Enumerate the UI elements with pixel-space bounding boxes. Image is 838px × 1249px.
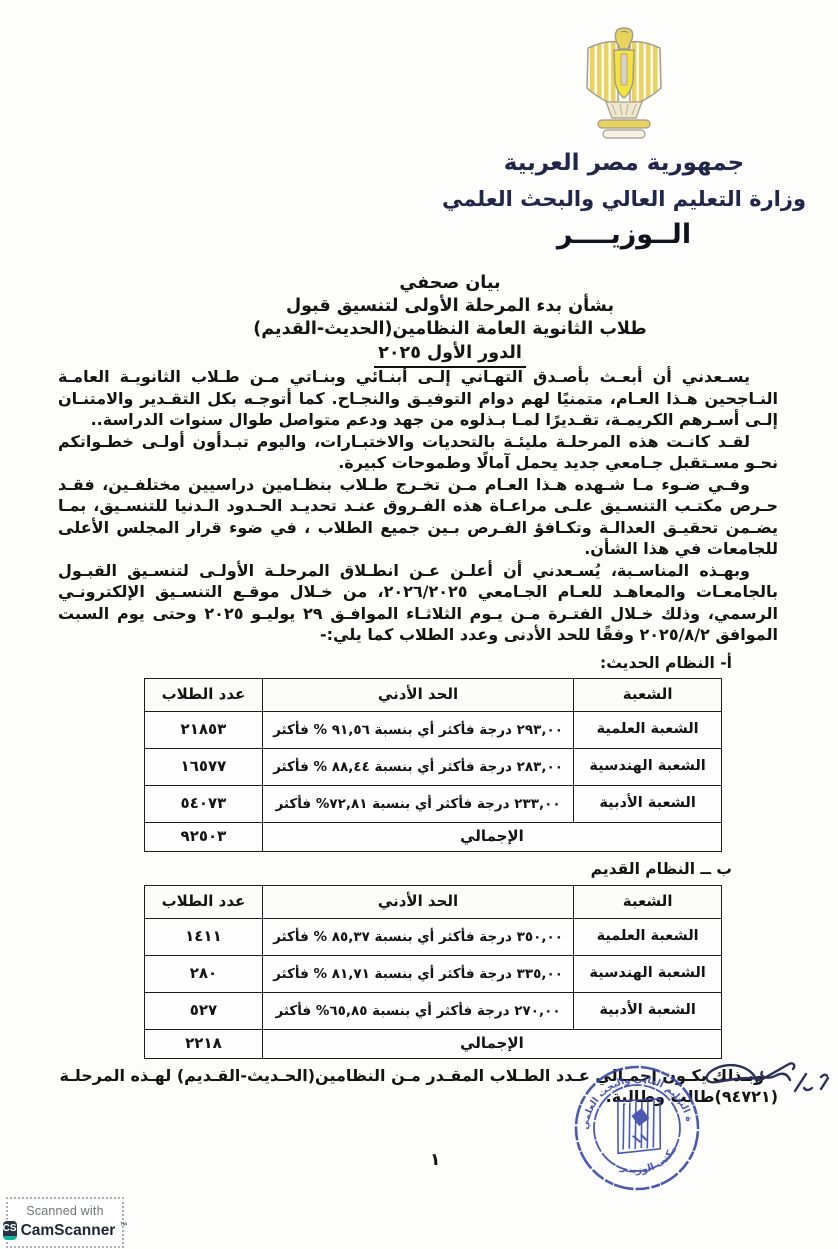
camscanner-watermark: Scanned with CS CamScanner ™ — [6, 1197, 124, 1248]
branch-cell: الشعبة العلمية — [574, 712, 722, 749]
letterhead-minister-title: الــوزيــــر — [420, 217, 828, 253]
section-heading-old-system: ب ــ النظام القديم — [58, 859, 732, 881]
column-header-minimum: الحد الأدني — [262, 679, 573, 712]
title-line-2: بشأن بدء المرحلة الأولى لتنسيق قبول — [70, 295, 830, 318]
title-line-1: بيان صحفي — [70, 272, 830, 295]
svg-text:مكتب الوزيــر: مكتب الوزيــر — [615, 1143, 683, 1181]
table-row: الشعبة الأدبية ٢٣٣,٠٠ درجة فأكثر أي بنسب… — [145, 786, 722, 823]
old-system-table: الشعبة الحد الأدني عدد الطلاب الشعبة الع… — [144, 885, 722, 1059]
count-cell: ٢٨٠ — [145, 955, 263, 992]
minimum-cell: ٢٨٣,٠٠ درجة فأكثر أي بنسبة ٨٨,٤٤ % فأكثر — [262, 749, 573, 786]
column-header-student-count: عدد الطلاب — [145, 679, 263, 712]
paragraph-milestone: لقـد كانـت هذه المرحلـة مليئـة بالتحديات… — [58, 431, 778, 474]
column-header-branch: الشعبة — [574, 679, 722, 712]
branch-cell: الشعبة الهندسية — [574, 955, 722, 992]
table-total-row: الإجمالي ٢٢١٨ — [145, 1029, 722, 1058]
count-cell: ٥٤٠٧٣ — [145, 786, 263, 823]
trademark-symbol: ™ — [119, 1221, 127, 1230]
page-number: ١ — [430, 1150, 440, 1170]
table-row: الشعبة العلمية ٣٥٠,٠٠ درجة فأكثر أي بنسب… — [145, 918, 722, 955]
total-count-cell: ٢٢١٨ — [145, 1029, 263, 1058]
count-cell: ١٦٥٧٧ — [145, 749, 263, 786]
modern-system-table: الشعبة الحد الأدني عدد الطلاب الشعبة الع… — [144, 678, 722, 852]
minimum-cell: ٣٣٥,٠٠ درجة فأكثر أي بنسبة ٨١,٧١ % فأكثر — [262, 955, 573, 992]
letterhead-country-name: جمهورية مصر العربية — [420, 148, 828, 179]
column-header-student-count: عدد الطلاب — [145, 885, 263, 918]
paragraph-announcement: وبهـذه المناسـبة، يُسـعدني أن أعلـن عـن … — [58, 560, 778, 646]
table-row: الشعبة الهندسية ٢٨٣,٠٠ درجة فأكثر أي بنس… — [145, 749, 722, 786]
camscanner-scanned-with-label: Scanned with — [16, 1204, 114, 1218]
minimum-cell: ٢٧٠,٠٠ درجة فأكثر أي بنسبة ٦٥,٨٥% فأكثر — [262, 992, 573, 1029]
scanned-document-page: جمهورية مصر العربية وزارة التعليم العالي… — [0, 0, 838, 1249]
column-header-branch: الشعبة — [574, 885, 722, 918]
minister-office-round-stamp-icon: وزارة التعليم العالي والبحث العلمي مكتب … — [569, 1060, 705, 1196]
column-header-minimum: الحد الأدني — [262, 885, 573, 918]
letterhead-ministry-name: وزارة التعليم العالي والبحث العلمي — [420, 185, 828, 213]
table-header-row: الشعبة الحد الأدني عدد الطلاب — [145, 885, 722, 918]
minimum-cell: ٢٣٣,٠٠ درجة فأكثر أي بنسبة ٧٢,٨١% فأكثر — [262, 786, 573, 823]
title-line-3: طلاب الثانوية العامة النظامين(الحديث-الق… — [70, 318, 830, 341]
branch-cell: الشعبة الأدبية — [574, 992, 722, 1029]
minimum-cell: ٣٥٠,٠٠ درجة فأكثر أي بنسبة ٨٥,٣٧ % فأكثر — [262, 918, 573, 955]
letterhead: جمهورية مصر العربية وزارة التعليم العالي… — [420, 26, 828, 254]
table-row: الشعبة الهندسية ٣٣٥,٠٠ درجة فأكثر أي بنس… — [145, 955, 722, 992]
branch-cell: الشعبة الأدبية — [574, 786, 722, 823]
title-round-year: الدور الأول ٢٠٢٥ — [374, 342, 526, 368]
paragraph-two-systems: وفـي ضـوء مـا شـهده هـذا العـام مـن تخـر… — [58, 474, 778, 560]
total-count-cell: ٩٢٥٠٣ — [145, 823, 263, 852]
table-total-row: الإجمالي ٩٢٥٠٣ — [145, 823, 722, 852]
count-cell: ٢١٨٥٣ — [145, 712, 263, 749]
table-row: الشعبة العلمية ٢٩٣,٠٠ درجة فأكثر أي بنسب… — [145, 712, 722, 749]
camscanner-brand-name: CamScanner — [21, 1222, 116, 1240]
table-header-row: الشعبة الحد الأدني عدد الطلاب — [145, 679, 722, 712]
total-label-cell: الإجمالي — [262, 1029, 721, 1058]
count-cell: ٥٢٧ — [145, 992, 263, 1029]
total-label-cell: الإجمالي — [262, 823, 721, 852]
branch-cell: الشعبة العلمية — [574, 918, 722, 955]
branch-cell: الشعبة الهندسية — [574, 749, 722, 786]
minimum-cell: ٢٩٣,٠٠ درجة فأكثر أي بنسبة ٩١,٥٦ % فأكثر — [262, 712, 573, 749]
camscanner-cs-logo-icon: CS — [3, 1221, 17, 1240]
svg-text:وزارة التعليم العالي والبحث ال: وزارة التعليم العالي والبحث العلمي — [569, 1060, 695, 1148]
document-body: يسـعدني أن أبعـث بأصـدق التهـاني إلـى أب… — [58, 366, 778, 1108]
egypt-eagle-emblem-icon — [576, 26, 672, 140]
count-cell: ١٤١١ — [145, 918, 263, 955]
press-release-title: بيان صحفي بشأن بدء المرحلة الأولى لتنسيق… — [70, 272, 830, 368]
section-heading-modern-system: أ- النظام الحديث: — [58, 653, 732, 675]
paragraph-congratulations: يسـعدني أن أبعـث بأصـدق التهـاني إلـى أب… — [58, 366, 778, 431]
table-row: الشعبة الأدبية ٢٧٠,٠٠ درجة فأكثر أي بنسب… — [145, 992, 722, 1029]
